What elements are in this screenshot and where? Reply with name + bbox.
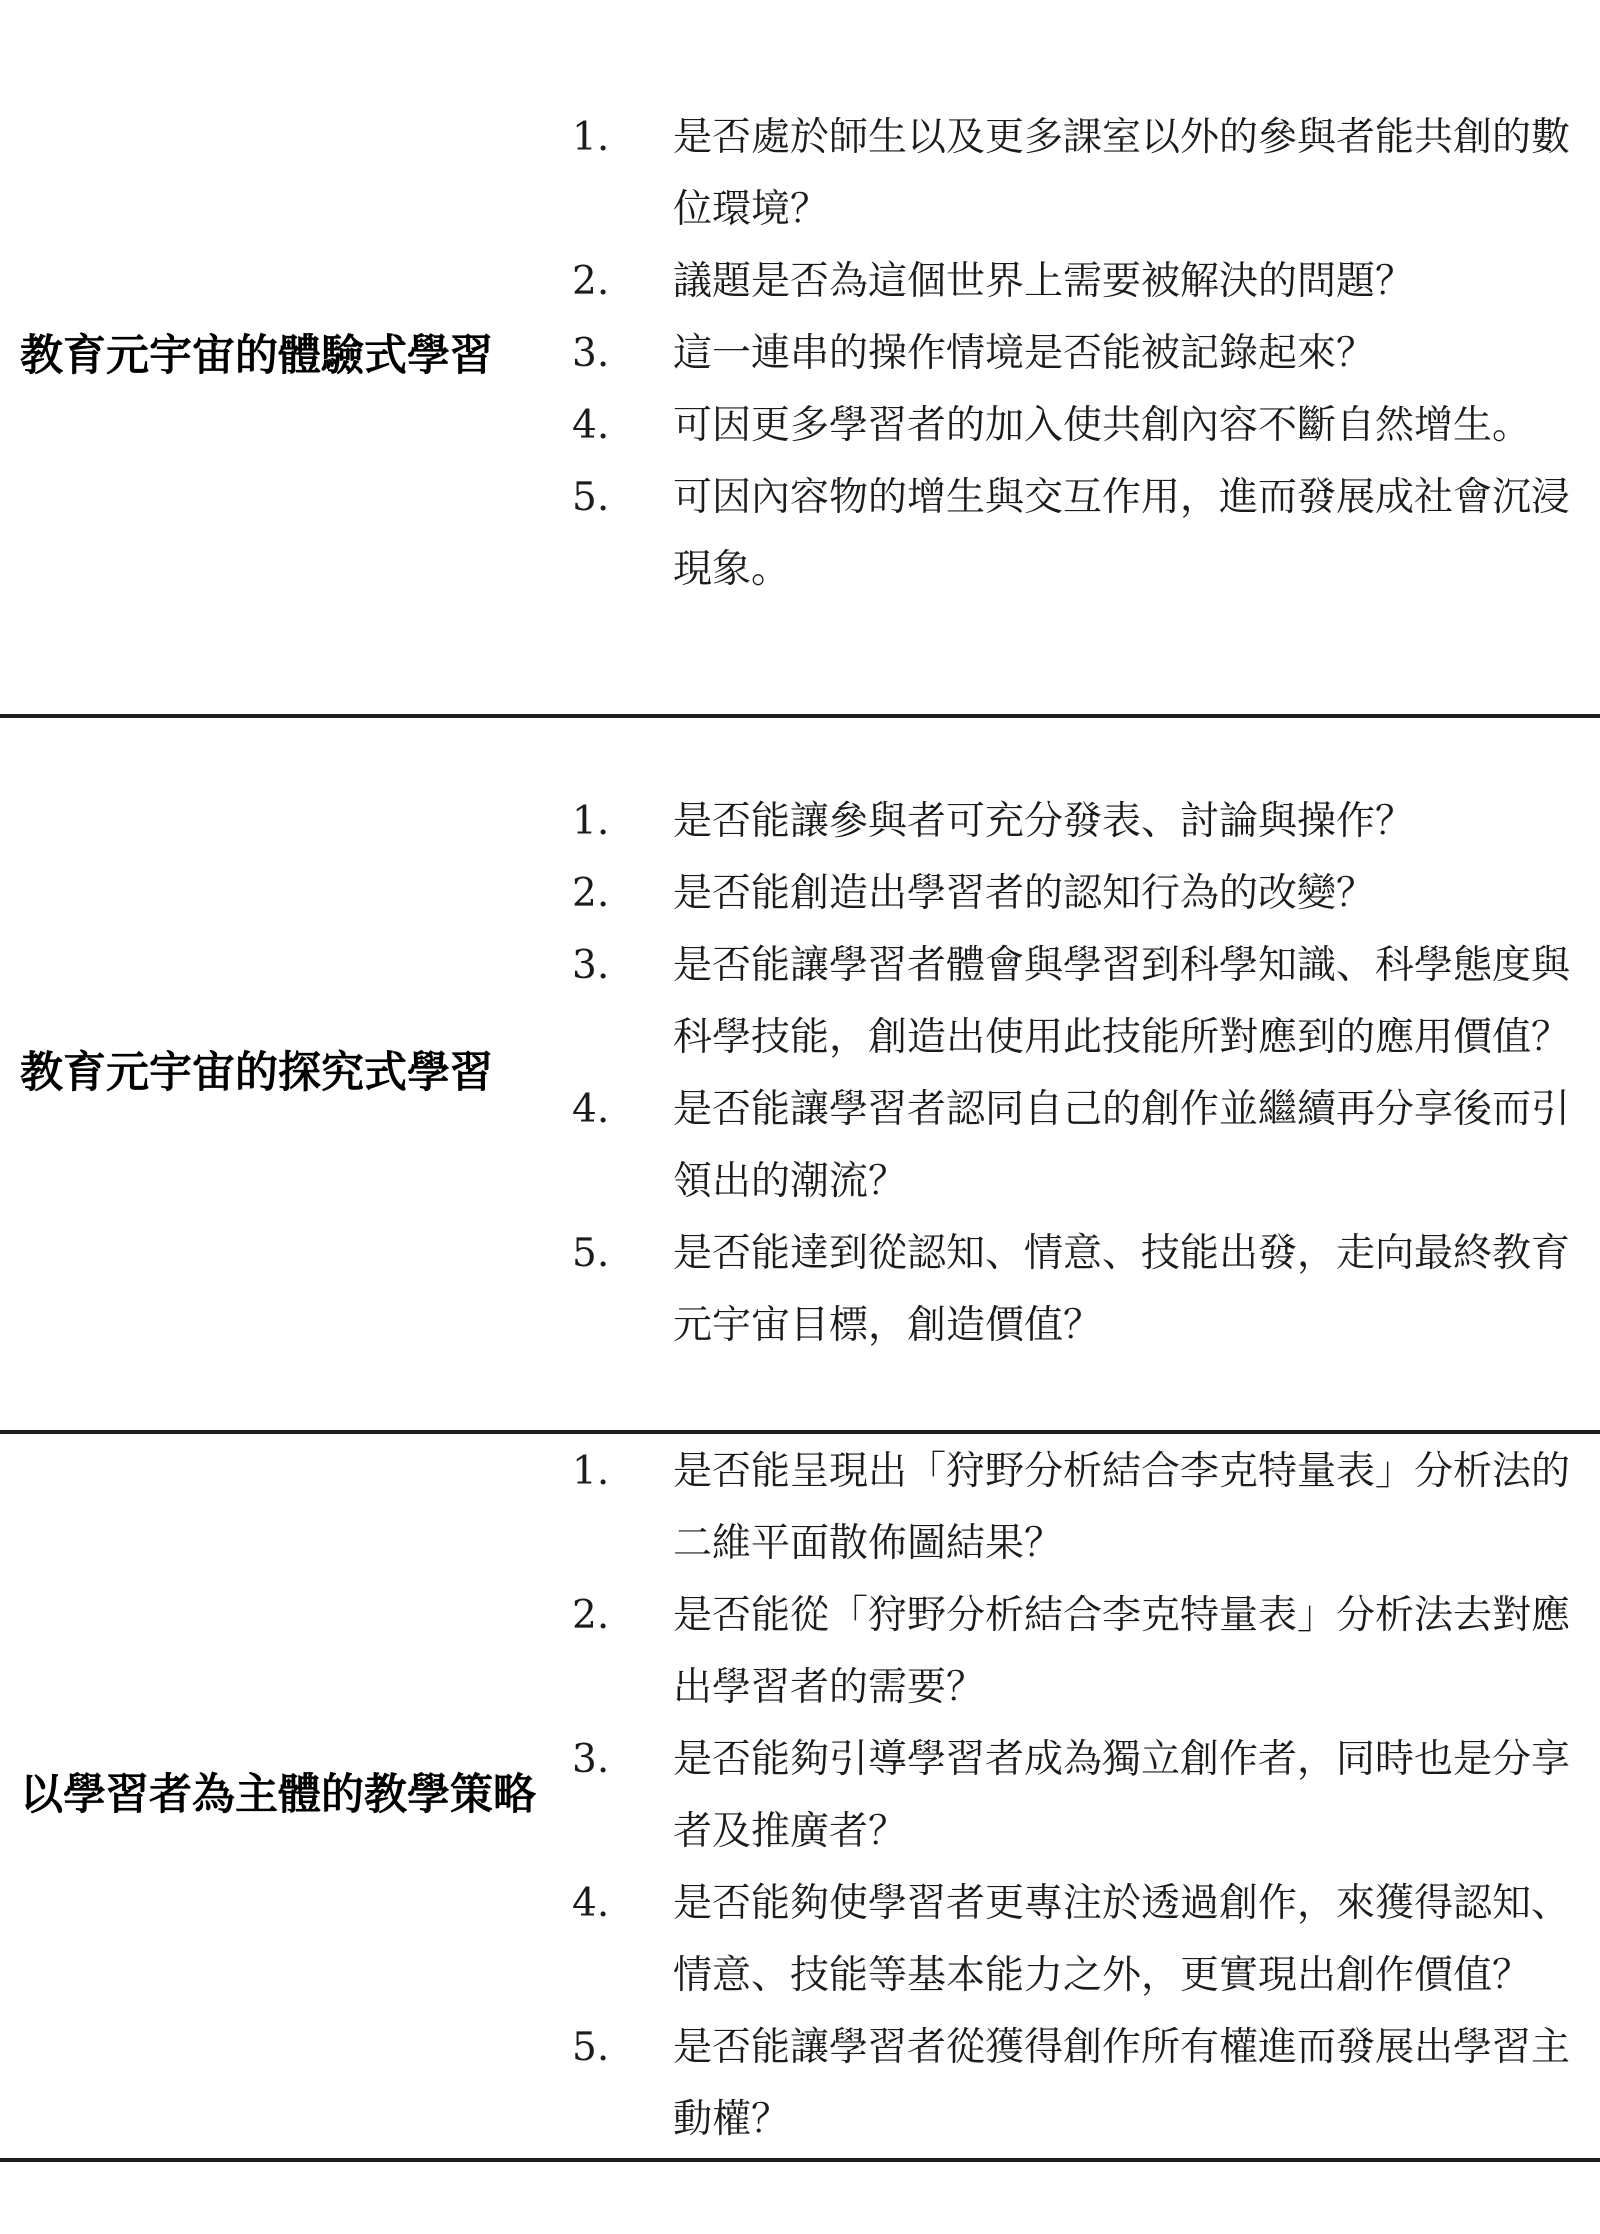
item-text: 是否能讓參與者可充分發表、討論與操作？ (673, 786, 1600, 858)
item-text: 是否能呈現出「狩野分析結合李克特量表」分析法的二維平面散佈圖結果？ (673, 1436, 1600, 1580)
item-number: 2. (572, 1580, 673, 1724)
list-item: 5.可因內容物的增生與交互作用，進而發展成社會沉浸現象。 (572, 462, 1600, 606)
item-number: 1. (572, 102, 673, 246)
item-number: 5. (572, 1218, 673, 1362)
item-number: 3. (572, 318, 673, 390)
item-text: 是否能達到從認知、情意、技能出發，走向最終教育元宇宙目標，創造價值？ (673, 1218, 1600, 1362)
list-item: 2.是否能從「狩野分析結合李克特量表」分析法去對應出學習者的需要？ (572, 1580, 1600, 1724)
item-number: 5. (572, 462, 673, 606)
question-list: 1.是否能呈現出「狩野分析結合李克特量表」分析法的二維平面散佈圖結果？2.是否能… (572, 1434, 1600, 2158)
item-number: 4. (572, 1074, 673, 1218)
item-text: 是否處於師生以及更多課室以外的參與者能共創的數位環境？ (673, 102, 1600, 246)
item-number: 3. (572, 1724, 673, 1868)
item-number: 2. (572, 858, 673, 930)
item-number: 4. (572, 390, 673, 462)
list-item: 5.是否能讓學習者從獲得創作所有權進而發展出學習主動權？ (572, 2012, 1600, 2156)
row-header: 以學習者為主體的教學策略 (0, 1769, 572, 1823)
item-text: 是否能創造出學習者的認知行為的改變？ (673, 858, 1600, 930)
review-table: 教育元宇宙的體驗式學習1.是否處於師生以及更多課室以外的參與者能共創的數位環境？… (0, 0, 1600, 2162)
question-list: 1.是否處於師生以及更多課室以外的參與者能共創的數位環境？2.議題是否為這個世界… (572, 0, 1600, 714)
list-item: 1.是否能讓參與者可充分發表、討論與操作？ (572, 786, 1600, 858)
item-text: 可因更多學習者的加入使共創內容不斷自然增生。 (673, 390, 1600, 462)
list-item: 1.是否能呈現出「狩野分析結合李克特量表」分析法的二維平面散佈圖結果？ (572, 1436, 1600, 1580)
list-item: 4.是否能夠使學習者更專注於透過創作，來獲得認知、情意、技能等基本能力之外，更實… (572, 1868, 1600, 2012)
row-header: 教育元宇宙的體驗式學習 (0, 330, 572, 384)
item-text: 可因內容物的增生與交互作用，進而發展成社會沉浸現象。 (673, 462, 1600, 606)
item-number: 2. (572, 246, 673, 318)
list-item: 5.是否能達到從認知、情意、技能出發，走向最終教育元宇宙目標，創造價值？ (572, 1218, 1600, 1362)
item-text: 是否能夠引導學習者成為獨立創作者，同時也是分享者及推廣者？ (673, 1724, 1600, 1868)
item-text: 是否能夠使學習者更專注於透過創作，來獲得認知、情意、技能等基本能力之外，更實現出… (673, 1868, 1600, 2012)
item-number: 1. (572, 1436, 673, 1580)
item-text: 是否能從「狩野分析結合李克特量表」分析法去對應出學習者的需要？ (673, 1580, 1600, 1724)
item-text: 是否能讓學習者從獲得創作所有權進而發展出學習主動權？ (673, 2012, 1600, 2156)
item-text: 這一連串的操作情境是否能被記錄起來？ (673, 318, 1600, 390)
table-row: 教育元宇宙的體驗式學習1.是否處於師生以及更多課室以外的參與者能共創的數位環境？… (0, 0, 1600, 718)
item-number: 5. (572, 2012, 673, 2156)
item-text: 議題是否為這個世界上需要被解決的問題？ (673, 246, 1600, 318)
list-item: 2.是否能創造出學習者的認知行為的改變？ (572, 858, 1600, 930)
item-text: 是否能讓學習者體會與學習到科學知識、科學態度與科學技能，創造出使用此技能所對應到… (673, 930, 1600, 1074)
list-item: 3.是否能讓學習者體會與學習到科學知識、科學態度與科學技能，創造出使用此技能所對… (572, 930, 1600, 1074)
list-item: 1.是否處於師生以及更多課室以外的參與者能共創的數位環境？ (572, 102, 1600, 246)
item-number: 1. (572, 786, 673, 858)
item-number: 4. (572, 1868, 673, 2012)
list-item: 4.是否能讓學習者認同自己的創作並繼續再分享後而引領出的潮流？ (572, 1074, 1600, 1218)
question-list: 1.是否能讓參與者可充分發表、討論與操作？2.是否能創造出學習者的認知行為的改變… (572, 718, 1600, 1430)
list-item: 4.可因更多學習者的加入使共創內容不斷自然增生。 (572, 390, 1600, 462)
table-row: 以學習者為主體的教學策略1.是否能呈現出「狩野分析結合李克特量表」分析法的二維平… (0, 1434, 1600, 2162)
list-item: 2.議題是否為這個世界上需要被解決的問題？ (572, 246, 1600, 318)
table-row: 教育元宇宙的探究式學習1.是否能讓參與者可充分發表、討論與操作？2.是否能創造出… (0, 718, 1600, 1434)
item-text: 是否能讓學習者認同自己的創作並繼續再分享後而引領出的潮流？ (673, 1074, 1600, 1218)
row-header: 教育元宇宙的探究式學習 (0, 1047, 572, 1101)
item-number: 3. (572, 930, 673, 1074)
list-item: 3.是否能夠引導學習者成為獨立創作者，同時也是分享者及推廣者？ (572, 1724, 1600, 1868)
list-item: 3.這一連串的操作情境是否能被記錄起來？ (572, 318, 1600, 390)
